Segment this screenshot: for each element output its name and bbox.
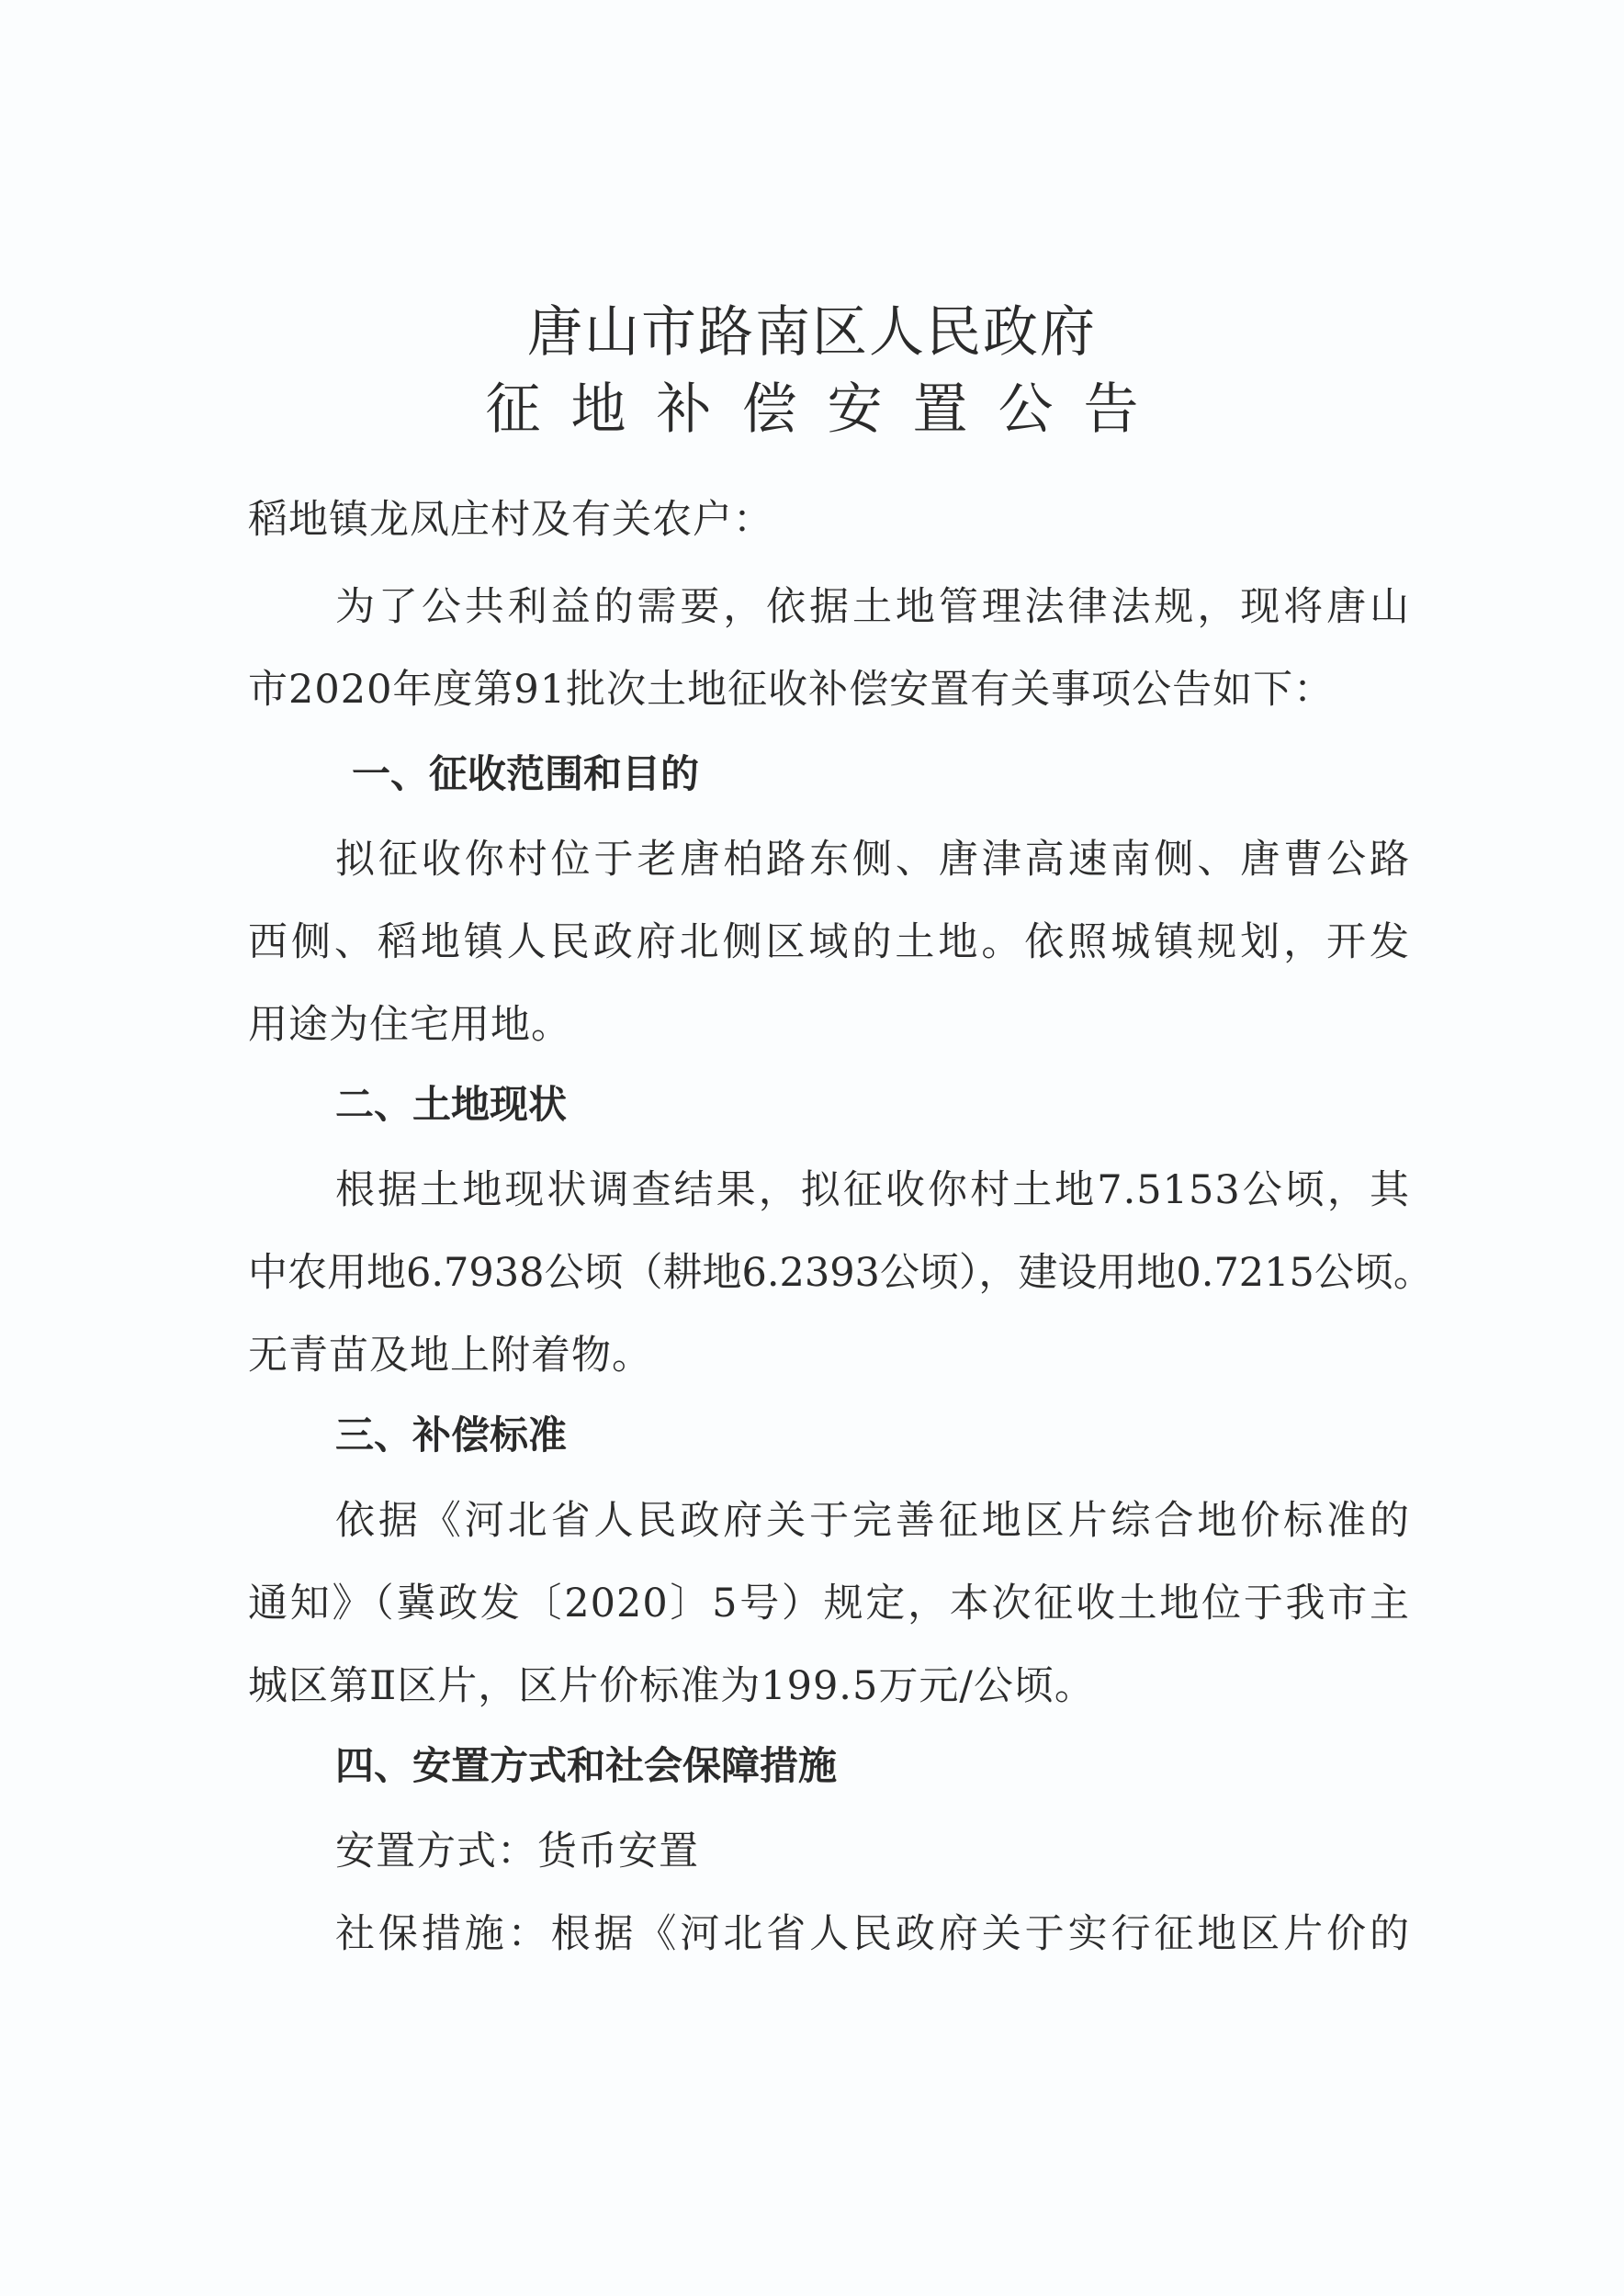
intro-line-2: 市2020年度第91批次土地征收补偿安置有关事项公告如下：: [248, 670, 1410, 710]
section-heading-1: 一、征收范围和目的: [352, 755, 699, 793]
section-heading-2: 二、土地现状: [335, 1086, 567, 1124]
section-1-line-1: 拟征收你村位于老唐柏路东侧、唐津高速南侧、唐曹公路: [335, 840, 1410, 880]
section-2-line-3: 无青苗及地上附着物。: [248, 1336, 1410, 1376]
section-4-line-2: 社保措施：根据《河北省人民政府关于实行征地区片价的: [335, 1915, 1410, 1954]
document-title: 唐山市路南区人民政府: [0, 305, 1624, 360]
section-2-line-2: 中农用地6.7938公顷（耕地6.2393公顷），建设用地0.7215公顷。: [248, 1254, 1410, 1293]
section-2-line-1: 根据土地现状调查结果，拟征收你村土地7.5153公顷，其: [335, 1171, 1410, 1210]
salutation: 稻地镇龙凤庄村及有关农户：: [248, 501, 1410, 540]
section-1-line-3: 用途为住宅用地。: [248, 1006, 1410, 1045]
section-heading-3: 三、补偿标准: [335, 1416, 567, 1455]
intro-line-1: 为了公共利益的需要，依据土地管理法律法规，现将唐山: [335, 588, 1410, 627]
document-page: 唐山市路南区人民政府 征地补偿安置公告 稻地镇龙凤庄村及有关农户： 为了公共利益…: [0, 0, 1624, 2296]
section-3-line-3: 城区第Ⅱ区片，区片价标准为199.5万元/公顷。: [248, 1667, 1410, 1706]
section-1-line-2: 西侧、稻地镇人民政府北侧区域的土地。依照城镇规划，开发: [248, 923, 1410, 962]
document-subtitle: 征地补偿安置公告: [0, 382, 1624, 437]
section-3-line-2: 通知》（冀政发〔2020〕5号）规定，本次征收土地位于我市主: [248, 1584, 1410, 1624]
section-3-line-1: 依据《河北省人民政府关于完善征地区片综合地价标准的: [335, 1502, 1410, 1541]
section-heading-4: 四、安置方式和社会保障措施: [335, 1747, 837, 1785]
section-4-line-1: 安置方式：货币安置: [335, 1832, 1410, 1872]
